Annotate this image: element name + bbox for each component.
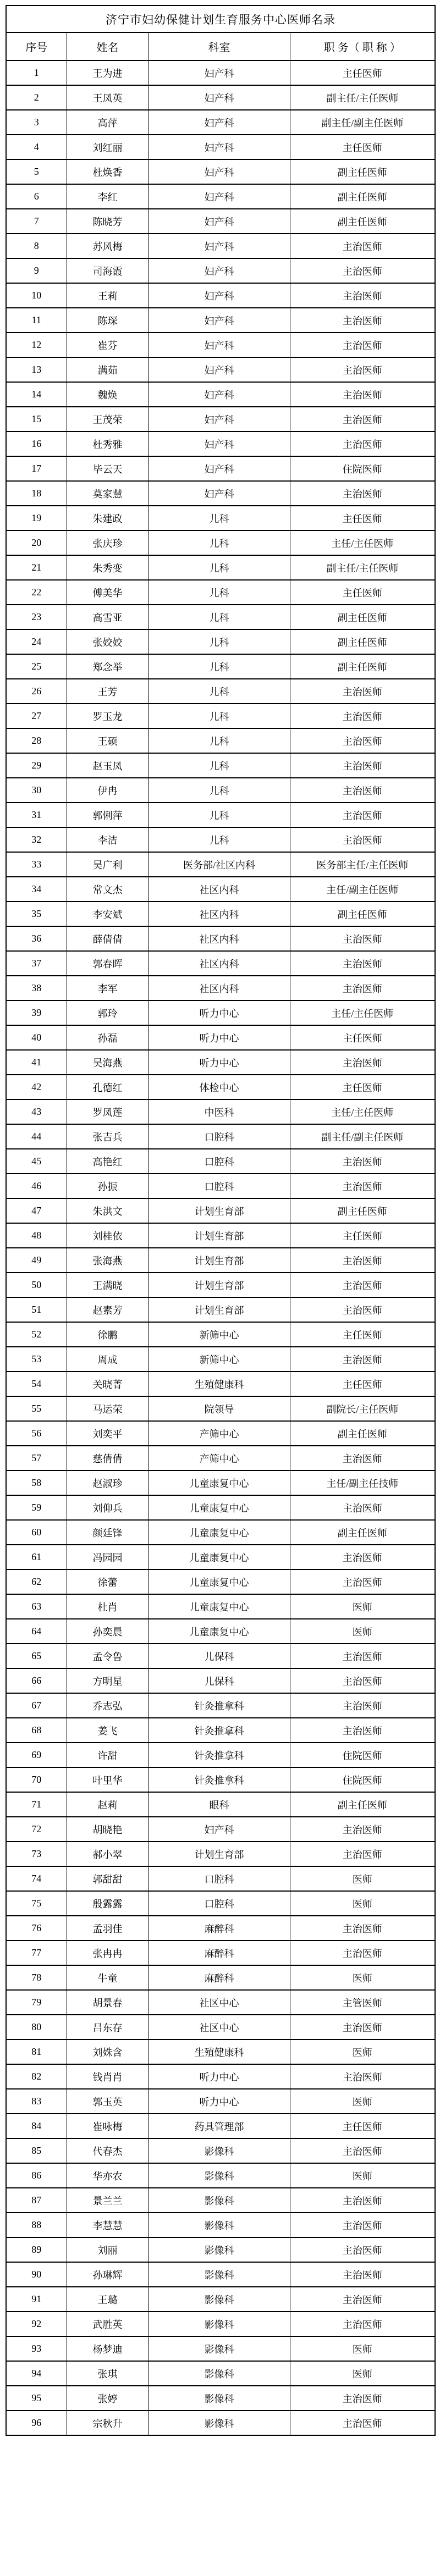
- table-row: 58赵淑珍儿童康复中心主任/副主任技师: [6, 1471, 435, 1495]
- name-cell: 伊冉: [67, 778, 148, 803]
- name-cell: 张姣姣: [67, 629, 148, 654]
- title-cell: 主任医师: [290, 60, 435, 85]
- title-cell: 医师: [290, 1891, 435, 1916]
- title-cell: 主治医师: [290, 1273, 435, 1297]
- row-number-cell: 3: [6, 110, 67, 135]
- title-cell: 主任/主任医师: [290, 530, 435, 555]
- department-cell: 儿科: [148, 728, 290, 753]
- row-number-cell: 29: [6, 753, 67, 778]
- table-row: 4刘红丽妇产科主任医师: [6, 135, 435, 159]
- row-number-cell: 61: [6, 1545, 67, 1569]
- name-cell: 朱秀变: [67, 555, 148, 580]
- department-cell: 体检中心: [148, 1075, 290, 1099]
- title-cell: 主任医师: [290, 1075, 435, 1099]
- name-cell: 孙振: [67, 1174, 148, 1198]
- department-cell: 中医科: [148, 1099, 290, 1124]
- name-cell: 司海霞: [67, 258, 148, 283]
- row-number-cell: 46: [6, 1174, 67, 1198]
- row-number-cell: 66: [6, 1668, 67, 1693]
- table-row: 63杜肖儿童康复中心医师: [6, 1594, 435, 1619]
- title-cell: 副主任医师: [290, 209, 435, 234]
- department-cell: 儿童康复中心: [148, 1471, 290, 1495]
- table-row: 88李慧慧影像科主治医师: [6, 2213, 435, 2237]
- name-cell: 朱洪文: [67, 1198, 148, 1223]
- table-row: 69许甜针灸推拿科住院医师: [6, 1743, 435, 1767]
- department-cell: 计划生育部: [148, 1273, 290, 1297]
- title-cell: 副主任/副主任医师: [290, 1124, 435, 1149]
- name-cell: 赵淑珍: [67, 1471, 148, 1495]
- table-row: 27罗玉龙儿科主治医师: [6, 704, 435, 728]
- name-cell: 胡景春: [67, 1990, 148, 2015]
- department-cell: 儿科: [148, 778, 290, 803]
- title-cell: 副主任医师: [290, 1198, 435, 1223]
- title-cell: 医师: [290, 2361, 435, 2386]
- title-cell: 主治医师: [290, 704, 435, 728]
- name-cell: 罗玉龙: [67, 704, 148, 728]
- department-cell: 儿保科: [148, 1668, 290, 1693]
- name-cell: 陈琛: [67, 308, 148, 333]
- title-cell: 医务部主任/主任医师: [290, 852, 435, 877]
- table-row: 72胡晓艳妇产科主治医师: [6, 1817, 435, 1842]
- name-cell: 张琪: [67, 2361, 148, 2386]
- name-cell: 郭玉英: [67, 2089, 148, 2114]
- row-number-cell: 13: [6, 357, 67, 382]
- name-cell: 郭玲: [67, 1000, 148, 1025]
- name-cell: 郑念举: [67, 654, 148, 679]
- table-row: 76孟羽佳麻醉科主治医师: [6, 1916, 435, 1941]
- title-cell: 医师: [290, 1965, 435, 1990]
- title-cell: 主治医师: [290, 2213, 435, 2237]
- title-cell: 副主任/主任医师: [290, 85, 435, 110]
- title-cell: 主治医师: [290, 357, 435, 382]
- title-cell: 主治医师: [290, 1842, 435, 1866]
- table-row: 45高艳红口腔科主治医师: [6, 1149, 435, 1174]
- column-header-title: 职 务（ 职 称 ）: [290, 32, 435, 60]
- row-number-cell: 72: [6, 1817, 67, 1842]
- name-cell: 郭春晖: [67, 951, 148, 976]
- name-cell: 刘奕平: [67, 1421, 148, 1446]
- department-cell: 口腔科: [148, 1174, 290, 1198]
- name-cell: 乔志弘: [67, 1693, 148, 1718]
- table-row: 57慈倩倩产筛中心主治医师: [6, 1446, 435, 1471]
- department-cell: 影像科: [148, 2312, 290, 2336]
- department-cell: 口腔科: [148, 1866, 290, 1891]
- row-number-cell: 77: [6, 1941, 67, 1965]
- department-cell: 社区内科: [148, 976, 290, 1000]
- name-cell: 钱肖肖: [67, 2064, 148, 2089]
- table-row: 49张海燕计划生育部主治医师: [6, 1248, 435, 1273]
- name-cell: 常文杰: [67, 877, 148, 902]
- row-number-cell: 75: [6, 1891, 67, 1916]
- title-cell: 主治医师: [290, 382, 435, 407]
- title-cell: 主治医师: [290, 728, 435, 753]
- name-cell: 高萍: [67, 110, 148, 135]
- title-cell: 主治医师: [290, 1668, 435, 1693]
- row-number-cell: 31: [6, 803, 67, 827]
- name-cell: 王茂荣: [67, 407, 148, 432]
- table-row: 24张姣姣儿科副主任医师: [6, 629, 435, 654]
- row-number-cell: 51: [6, 1297, 67, 1322]
- table-row: 96宗秋升影像科主治医师: [6, 2411, 435, 2435]
- title-cell: 主治医师: [290, 481, 435, 506]
- name-cell: 孟羽佳: [67, 1916, 148, 1941]
- row-number-cell: 76: [6, 1916, 67, 1941]
- department-cell: 听力中心: [148, 2064, 290, 2089]
- table-row: 79胡景春社区中心主管医师: [6, 1990, 435, 2015]
- table-row: 50王满晓计划生育部主治医师: [6, 1273, 435, 1297]
- row-number-cell: 49: [6, 1248, 67, 1273]
- title-cell: 副主任/副主任医师: [290, 110, 435, 135]
- title-cell: 主治医师: [290, 2312, 435, 2336]
- title-cell: 主任医师: [290, 1372, 435, 1396]
- table-row: 67乔志弘针灸推拿科主治医师: [6, 1693, 435, 1718]
- title-cell: 住院医师: [290, 456, 435, 481]
- table-row: 28王硕儿科主治医师: [6, 728, 435, 753]
- table-row: 90孙琳辉影像科主治医师: [6, 2262, 435, 2287]
- department-cell: 计划生育部: [148, 1248, 290, 1273]
- row-number-cell: 73: [6, 1842, 67, 1866]
- table-title: 济宁市妇幼保健计划生育服务中心医师名录: [6, 5, 435, 32]
- title-cell: 主治医师: [290, 827, 435, 852]
- title-cell: 主治医师: [290, 1817, 435, 1842]
- department-cell: 听力中心: [148, 2089, 290, 2114]
- table-row: 8苏风梅妇产科主治医师: [6, 234, 435, 258]
- department-cell: 计划生育部: [148, 1297, 290, 1322]
- row-number-cell: 10: [6, 283, 67, 308]
- row-number-cell: 9: [6, 258, 67, 283]
- table-row: 20张庆珍儿科主任/主任医师: [6, 530, 435, 555]
- row-number-cell: 12: [6, 333, 67, 357]
- title-cell: 主治医师: [290, 2138, 435, 2163]
- department-cell: 儿科: [148, 654, 290, 679]
- department-cell: 儿科: [148, 555, 290, 580]
- row-number-cell: 30: [6, 778, 67, 803]
- table-row: 64孙奕晨儿童康复中心医师: [6, 1619, 435, 1644]
- department-cell: 妇产科: [148, 209, 290, 234]
- row-number-cell: 43: [6, 1099, 67, 1124]
- row-number-cell: 20: [6, 530, 67, 555]
- department-cell: 儿科: [148, 827, 290, 852]
- title-cell: 主任医师: [290, 1223, 435, 1248]
- row-number-cell: 78: [6, 1965, 67, 1990]
- row-number-cell: 85: [6, 2138, 67, 2163]
- name-cell: 刘桂依: [67, 1223, 148, 1248]
- name-cell: 武胜英: [67, 2312, 148, 2336]
- name-cell: 赵玉凤: [67, 753, 148, 778]
- department-cell: 医务部/社区内科: [148, 852, 290, 877]
- title-cell: 主治医师: [290, 2015, 435, 2039]
- row-number-cell: 8: [6, 234, 67, 258]
- row-number-cell: 60: [6, 1520, 67, 1545]
- name-cell: 王璐: [67, 2287, 148, 2312]
- name-cell: 张海燕: [67, 1248, 148, 1273]
- department-cell: 影像科: [148, 2262, 290, 2287]
- table-row: 52徐鹏新筛中心主任医师: [6, 1322, 435, 1347]
- name-cell: 杜焕香: [67, 159, 148, 184]
- table-row: 74郭甜甜口腔科医师: [6, 1866, 435, 1891]
- title-cell: 主治医师: [290, 432, 435, 456]
- row-number-cell: 65: [6, 1644, 67, 1668]
- title-cell: 主治医师: [290, 1050, 435, 1075]
- table-row: 26王芳儿科主治医师: [6, 679, 435, 704]
- title-cell: 主治医师: [290, 2064, 435, 2089]
- name-cell: 殷露露: [67, 1891, 148, 1916]
- department-cell: 口腔科: [148, 1149, 290, 1174]
- department-cell: 听力中心: [148, 1025, 290, 1050]
- row-number-cell: 59: [6, 1495, 67, 1520]
- row-number-cell: 90: [6, 2262, 67, 2287]
- department-cell: 妇产科: [148, 1817, 290, 1842]
- title-cell: 主治医师: [290, 1941, 435, 1965]
- row-number-cell: 17: [6, 456, 67, 481]
- row-number-cell: 79: [6, 1990, 67, 2015]
- row-number-cell: 34: [6, 877, 67, 902]
- title-cell: 主治医师: [290, 1174, 435, 1198]
- name-cell: 朱建政: [67, 506, 148, 530]
- department-cell: 影像科: [148, 2213, 290, 2237]
- title-cell: 主治医师: [290, 976, 435, 1000]
- department-cell: 听力中心: [148, 1000, 290, 1025]
- title-cell: 主治医师: [290, 1297, 435, 1322]
- title-cell: 主治医师: [290, 1149, 435, 1174]
- row-number-cell: 81: [6, 2039, 67, 2064]
- title-cell: 副主任医师: [290, 1792, 435, 1817]
- name-cell: 罗凤莲: [67, 1099, 148, 1124]
- title-cell: 主治医师: [290, 1916, 435, 1941]
- department-cell: 儿童康复中心: [148, 1520, 290, 1545]
- department-cell: 麻醉科: [148, 1916, 290, 1941]
- row-number-cell: 23: [6, 605, 67, 629]
- name-cell: 张庆珍: [67, 530, 148, 555]
- row-number-cell: 44: [6, 1124, 67, 1149]
- department-cell: 针灸推拿科: [148, 1767, 290, 1792]
- row-number-cell: 96: [6, 2411, 67, 2435]
- title-cell: 主治医师: [290, 753, 435, 778]
- name-cell: 崔芬: [67, 333, 148, 357]
- title-cell: 住院医师: [290, 1743, 435, 1767]
- name-cell: 杜秀雅: [67, 432, 148, 456]
- physician-table-body: 1王为进妇产科主任医师2王凤英妇产科副主任/主任医师3高萍妇产科副主任/副主任医…: [6, 60, 435, 2435]
- department-cell: 儿科: [148, 605, 290, 629]
- table-row: 85代春杰影像科主治医师: [6, 2138, 435, 2163]
- row-number-cell: 67: [6, 1693, 67, 1718]
- title-cell: 主治医师: [290, 2262, 435, 2287]
- physician-directory-table: 济宁市妇幼保健计划生育服务中心医师名录 序号 姓名 科室 职 务（ 职 称 ） …: [5, 5, 436, 2436]
- department-cell: 妇产科: [148, 258, 290, 283]
- row-number-cell: 27: [6, 704, 67, 728]
- table-row: 54关晓菁生殖健康科主任医师: [6, 1372, 435, 1396]
- table-row: 44张吉兵口腔科副主任/副主任医师: [6, 1124, 435, 1149]
- table-row: 91王璐影像科主治医师: [6, 2287, 435, 2312]
- title-cell: 副主任医师: [290, 654, 435, 679]
- department-cell: 妇产科: [148, 407, 290, 432]
- row-number-cell: 68: [6, 1718, 67, 1743]
- department-cell: 妇产科: [148, 159, 290, 184]
- name-cell: 刘姝含: [67, 2039, 148, 2064]
- name-cell: 徐蕾: [67, 1569, 148, 1594]
- title-cell: 副主任医师: [290, 159, 435, 184]
- department-cell: 儿科: [148, 803, 290, 827]
- row-number-cell: 22: [6, 580, 67, 605]
- row-number-cell: 91: [6, 2287, 67, 2312]
- row-number-cell: 62: [6, 1569, 67, 1594]
- table-row: 6李红妇产科副主任医师: [6, 184, 435, 209]
- table-row: 30伊冉儿科主治医师: [6, 778, 435, 803]
- name-cell: 苏风梅: [67, 234, 148, 258]
- name-cell: 陈晓芳: [67, 209, 148, 234]
- row-number-cell: 69: [6, 1743, 67, 1767]
- row-number-cell: 53: [6, 1347, 67, 1372]
- row-number-cell: 47: [6, 1198, 67, 1223]
- department-cell: 社区中心: [148, 1990, 290, 2015]
- department-cell: 影像科: [148, 2361, 290, 2386]
- row-number-cell: 57: [6, 1446, 67, 1471]
- table-row: 35李安斌社区内科副主任医师: [6, 902, 435, 926]
- table-row: 81刘姝含生殖健康科医师: [6, 2039, 435, 2064]
- table-row: 29赵玉凤儿科主治医师: [6, 753, 435, 778]
- row-number-cell: 87: [6, 2188, 67, 2213]
- table-row: 86华亦农影像科医师: [6, 2163, 435, 2188]
- title-cell: 住院医师: [290, 1767, 435, 1792]
- title-cell: 副主任医师: [290, 1421, 435, 1446]
- name-cell: 赵素芳: [67, 1297, 148, 1322]
- table-row: 10王莉妇产科主治医师: [6, 283, 435, 308]
- row-number-cell: 71: [6, 1792, 67, 1817]
- department-cell: 儿科: [148, 580, 290, 605]
- row-number-cell: 80: [6, 2015, 67, 2039]
- title-cell: 医师: [290, 1619, 435, 1644]
- department-cell: 针灸推拿科: [148, 1743, 290, 1767]
- department-cell: 儿童康复中心: [148, 1495, 290, 1520]
- title-cell: 主治医师: [290, 1569, 435, 1594]
- name-cell: 王凤英: [67, 85, 148, 110]
- department-cell: 麻醉科: [148, 1941, 290, 1965]
- name-cell: 牛童: [67, 1965, 148, 1990]
- title-cell: 主治医师: [290, 283, 435, 308]
- row-number-cell: 52: [6, 1322, 67, 1347]
- department-cell: 儿科: [148, 530, 290, 555]
- department-cell: 生殖健康科: [148, 1372, 290, 1396]
- table-row: 55马运荣院领导副院长/主任医师: [6, 1396, 435, 1421]
- name-cell: 张冉冉: [67, 1941, 148, 1965]
- row-number-cell: 94: [6, 2361, 67, 2386]
- table-row: 66方明星儿保科主治医师: [6, 1668, 435, 1693]
- department-cell: 社区内科: [148, 951, 290, 976]
- name-cell: 刘仰兵: [67, 1495, 148, 1520]
- title-cell: 主治医师: [290, 1446, 435, 1471]
- row-number-cell: 41: [6, 1050, 67, 1075]
- row-number-cell: 56: [6, 1421, 67, 1446]
- department-cell: 妇产科: [148, 60, 290, 85]
- department-cell: 儿童康复中心: [148, 1545, 290, 1569]
- title-cell: 主任医师: [290, 2114, 435, 2138]
- row-number-cell: 36: [6, 926, 67, 951]
- name-cell: 周成: [67, 1347, 148, 1372]
- name-cell: 吴广利: [67, 852, 148, 877]
- name-cell: 方明星: [67, 1668, 148, 1693]
- table-row: 18莫家慧妇产科主治医师: [6, 481, 435, 506]
- department-cell: 妇产科: [148, 357, 290, 382]
- name-cell: 许甜: [67, 1743, 148, 1767]
- department-cell: 影像科: [148, 2237, 290, 2262]
- row-number-cell: 1: [6, 60, 67, 85]
- department-cell: 妇产科: [148, 283, 290, 308]
- department-cell: 产筛中心: [148, 1446, 290, 1471]
- table-row: 19朱建政儿科主任医师: [6, 506, 435, 530]
- name-cell: 孙琳辉: [67, 2262, 148, 2287]
- document-page: 济宁市妇幼保健计划生育服务中心医师名录 序号 姓名 科室 职 务（ 职 称 ） …: [0, 0, 440, 2576]
- row-number-cell: 88: [6, 2213, 67, 2237]
- name-cell: 崔咏梅: [67, 2114, 148, 2138]
- table-row: 13满茹妇产科主治医师: [6, 357, 435, 382]
- column-header-number: 序号: [6, 32, 67, 60]
- title-cell: 医师: [290, 2336, 435, 2361]
- name-cell: 慈倩倩: [67, 1446, 148, 1471]
- department-cell: 妇产科: [148, 110, 290, 135]
- row-number-cell: 83: [6, 2089, 67, 2114]
- name-cell: 刘红丽: [67, 135, 148, 159]
- name-cell: 吕东存: [67, 2015, 148, 2039]
- department-cell: 妇产科: [148, 333, 290, 357]
- title-cell: 副主任医师: [290, 184, 435, 209]
- department-cell: 影像科: [148, 2386, 290, 2411]
- table-row: 21朱秀变儿科副主任/主任医师: [6, 555, 435, 580]
- name-cell: 景兰兰: [67, 2188, 148, 2213]
- title-cell: 主治医师: [290, 951, 435, 976]
- table-row: 11陈琛妇产科主治医师: [6, 308, 435, 333]
- title-cell: 主治医师: [290, 2237, 435, 2262]
- table-row: 62徐蕾儿童康复中心主治医师: [6, 1569, 435, 1594]
- title-cell: 主治医师: [290, 258, 435, 283]
- header-row: 序号 姓名 科室 职 务（ 职 称 ）: [6, 32, 435, 60]
- department-cell: 妇产科: [148, 456, 290, 481]
- title-cell: 医师: [290, 2163, 435, 2188]
- department-cell: 社区内科: [148, 902, 290, 926]
- row-number-cell: 45: [6, 1149, 67, 1174]
- name-cell: 孙奕晨: [67, 1619, 148, 1644]
- title-cell: 主治医师: [290, 2386, 435, 2411]
- title-cell: 主治医师: [290, 1248, 435, 1273]
- row-number-cell: 28: [6, 728, 67, 753]
- department-cell: 妇产科: [148, 85, 290, 110]
- column-header-department: 科室: [148, 32, 290, 60]
- table-row: 37郭春晖社区内科主治医师: [6, 951, 435, 976]
- table-row: 1王为进妇产科主任医师: [6, 60, 435, 85]
- name-cell: 张婷: [67, 2386, 148, 2411]
- row-number-cell: 40: [6, 1025, 67, 1050]
- department-cell: 儿科: [148, 506, 290, 530]
- title-cell: 主任医师: [290, 1025, 435, 1050]
- table-row: 83郭玉英听力中心医师: [6, 2089, 435, 2114]
- name-cell: 高艳红: [67, 1149, 148, 1174]
- row-number-cell: 6: [6, 184, 67, 209]
- table-row: 93杨梦迪影像科医师: [6, 2336, 435, 2361]
- name-cell: 王莉: [67, 283, 148, 308]
- row-number-cell: 38: [6, 976, 67, 1000]
- name-cell: 代春杰: [67, 2138, 148, 2163]
- department-cell: 计划生育部: [148, 1223, 290, 1248]
- name-cell: 宗秋升: [67, 2411, 148, 2435]
- name-cell: 吴海燕: [67, 1050, 148, 1075]
- name-cell: 胡晓艳: [67, 1817, 148, 1842]
- row-number-cell: 2: [6, 85, 67, 110]
- name-cell: 姜飞: [67, 1718, 148, 1743]
- name-cell: 李洁: [67, 827, 148, 852]
- table-row: 82钱肖肖听力中心主治医师: [6, 2064, 435, 2089]
- name-cell: 李军: [67, 976, 148, 1000]
- department-cell: 妇产科: [148, 382, 290, 407]
- table-row: 89刘丽影像科主治医师: [6, 2237, 435, 2262]
